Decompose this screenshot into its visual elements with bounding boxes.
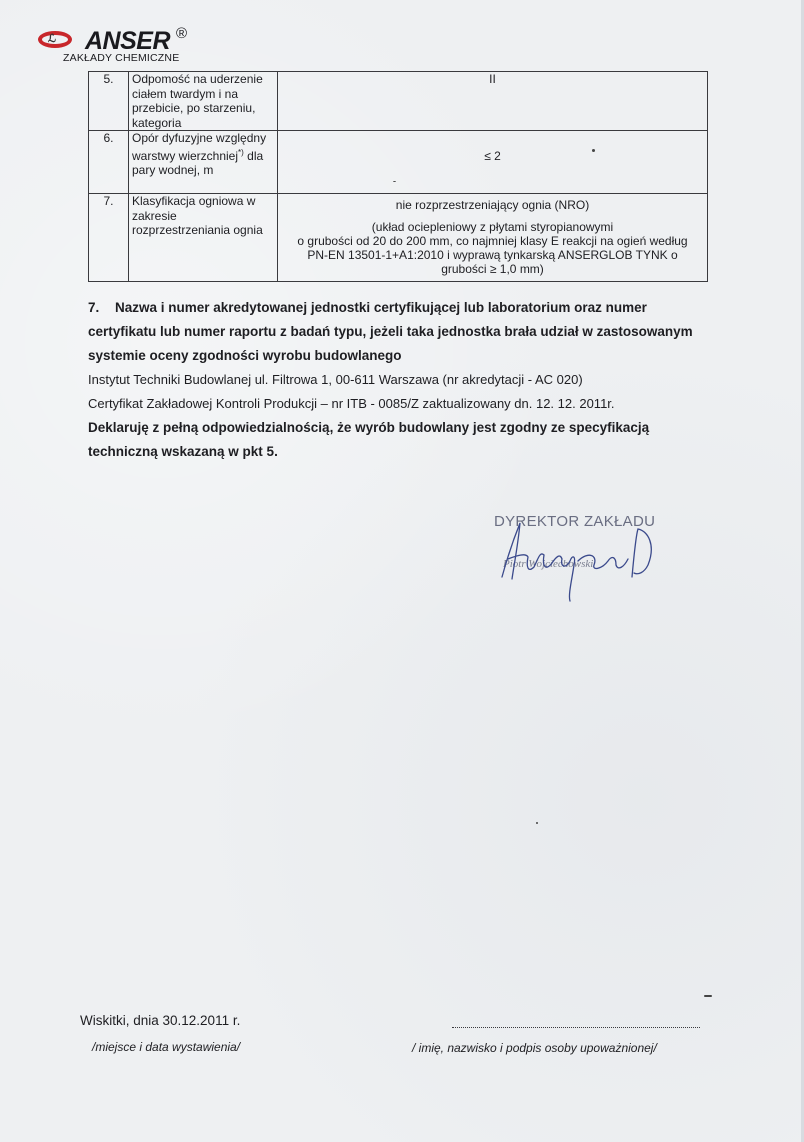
institute-line: Instytut Techniki Budowlanej ul. Filtrow… bbox=[88, 368, 728, 392]
details-line: PN-EN 13501-1+A1:2010 i wyprawą tynkarsk… bbox=[281, 248, 704, 262]
row-value: II bbox=[278, 72, 708, 131]
section-certification-body: 7.Nazwa i numer akredytowanej jednostki … bbox=[88, 296, 728, 464]
table-row: 7. Klasyfikacja ogniowa w zakresie rozpr… bbox=[89, 194, 708, 282]
logo-figure-icon: ℒ bbox=[48, 32, 56, 45]
section-number: 7. bbox=[88, 296, 115, 320]
row-label: Klasyfikacja ogniowa w zakresie rozprzes… bbox=[129, 194, 278, 282]
scan-speck bbox=[393, 181, 396, 182]
row-number: 6. bbox=[89, 131, 129, 194]
diffusion-resistance-value: ≤ 2 bbox=[484, 149, 501, 163]
certificate-line: Certyfikat Zakładowej Kontroli Produkcji… bbox=[88, 392, 728, 416]
registered-mark: ® bbox=[176, 25, 187, 42]
section-heading: 7.Nazwa i numer akredytowanej jednostki … bbox=[88, 296, 728, 368]
declaration: Deklaruję z pełną odpowiedzialnością, że… bbox=[88, 416, 728, 464]
row-value: ≤ 2 bbox=[278, 131, 708, 194]
details-line: grubości ≥ 1,0 mm) bbox=[281, 262, 704, 276]
table-row: 6. Opór dyfuzyjne względny warstwy wierz… bbox=[89, 131, 708, 194]
declaration-line: techniczną wskazaną w pkt 5. bbox=[88, 440, 728, 464]
logo-subtitle: ZAKŁADY CHEMICZNE bbox=[63, 52, 179, 64]
details-line: (układ ociepleniowy z płytami styropiano… bbox=[281, 220, 704, 234]
heading-line: 7.Nazwa i numer akredytowanej jednostki … bbox=[88, 296, 728, 320]
row-label: Opór dyfuzyjne względny warstwy wierzchn… bbox=[129, 131, 278, 194]
row-number: 5. bbox=[89, 72, 129, 131]
handwritten-signature bbox=[498, 515, 658, 605]
heading-line: certyfikatu lub numer raportu z badań ty… bbox=[88, 320, 728, 344]
scan-speck bbox=[536, 822, 538, 824]
heading-line: systemie oceny zgodności wyrobu budowlan… bbox=[88, 344, 728, 368]
fire-classification-details: (układ ociepleniowy z płytami styropiano… bbox=[281, 220, 704, 276]
declaration-line: Deklaruję z pełną odpowiedzialnością, że… bbox=[88, 416, 728, 440]
logo-name: ANSER bbox=[85, 27, 170, 55]
place-and-date: Wiskitki, dnia 30.12.2011 r. bbox=[80, 1013, 240, 1028]
specification-table: 5. Odpomość na uderzenie ciałem twardym … bbox=[88, 71, 708, 282]
heading-text: Nazwa i numer akredytowanej jednostki ce… bbox=[115, 300, 647, 315]
row-value: nie rozprzestrzeniający ognia (NRO) (ukł… bbox=[278, 194, 708, 282]
scan-speck bbox=[592, 149, 595, 152]
details-line: o grubości od 20 do 200 mm, co najmniej … bbox=[281, 234, 704, 248]
impact-category-value: II bbox=[489, 72, 496, 86]
company-logo: ℒ ANSER ® ZAKŁADY CHEMICZNE bbox=[38, 27, 198, 61]
row-number: 7. bbox=[89, 194, 129, 282]
signature-line bbox=[452, 1017, 700, 1028]
signature-stroke bbox=[502, 523, 651, 601]
signature-caption: / imię, nazwisko i podpis osoby upoważni… bbox=[412, 1041, 657, 1055]
table-row: 5. Odpomość na uderzenie ciałem twardym … bbox=[89, 72, 708, 131]
fire-classification-value: nie rozprzestrzeniający ognia (NRO) bbox=[281, 198, 704, 213]
place-date-caption: /miejsce i data wystawienia/ bbox=[92, 1040, 240, 1054]
row-label: Odpomość na uderzenie ciałem twardym i n… bbox=[129, 72, 278, 131]
scan-speck bbox=[704, 995, 712, 997]
